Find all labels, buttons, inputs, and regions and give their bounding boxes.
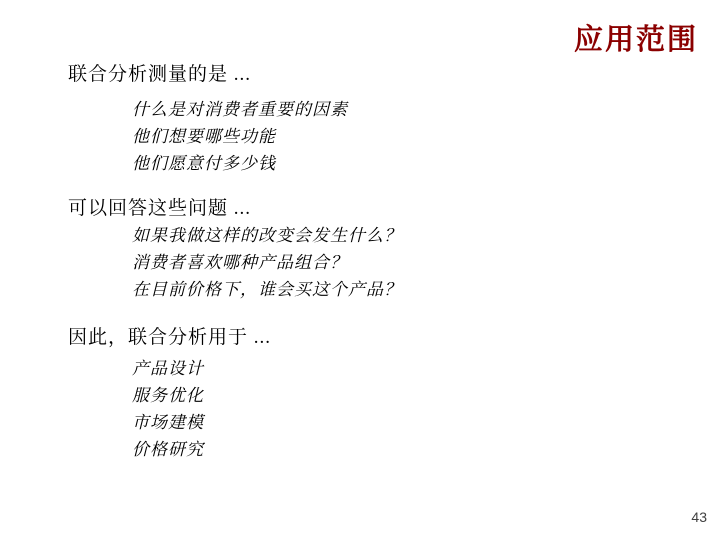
section-item: 什么是对消费者重要的因素 (132, 96, 348, 123)
section-heading: 联合分析测量的是 ... (68, 64, 251, 86)
slide-title: 应用范围 (574, 17, 698, 58)
section-item: 价格研究 (132, 436, 204, 463)
section-heading: 因此，联合分析用于 ... (68, 327, 271, 349)
presentation-slide: 应用范围 联合分析测量的是 ... 什么是对消费者重要的因素 他们想要哪些功能 … (0, 0, 720, 540)
section-item: 消费者喜欢哪种产品组合？ (132, 249, 402, 276)
section-item-list: 什么是对消费者重要的因素 他们想要哪些功能 他们愿意付多少钱 (132, 96, 348, 177)
section-item: 服务优化 (132, 382, 204, 409)
section-item: 他们愿意付多少钱 (132, 150, 348, 177)
section-item-list: 如果我做这样的改变会发生什么？ 消费者喜欢哪种产品组合？ 在目前价格下，谁会买这… (132, 222, 402, 303)
section-item: 市场建模 (132, 409, 204, 436)
section-item: 在目前价格下，谁会买这个产品？ (132, 276, 402, 303)
page-number: 43 (691, 509, 707, 525)
section-item: 他们想要哪些功能 (132, 123, 348, 150)
section-item: 如果我做这样的改变会发生什么？ (132, 222, 402, 249)
section-item: 产品设计 (132, 355, 204, 382)
section-heading: 可以回答这些问题 ... (68, 198, 251, 220)
section-item-list: 产品设计 服务优化 市场建模 价格研究 (132, 355, 204, 463)
